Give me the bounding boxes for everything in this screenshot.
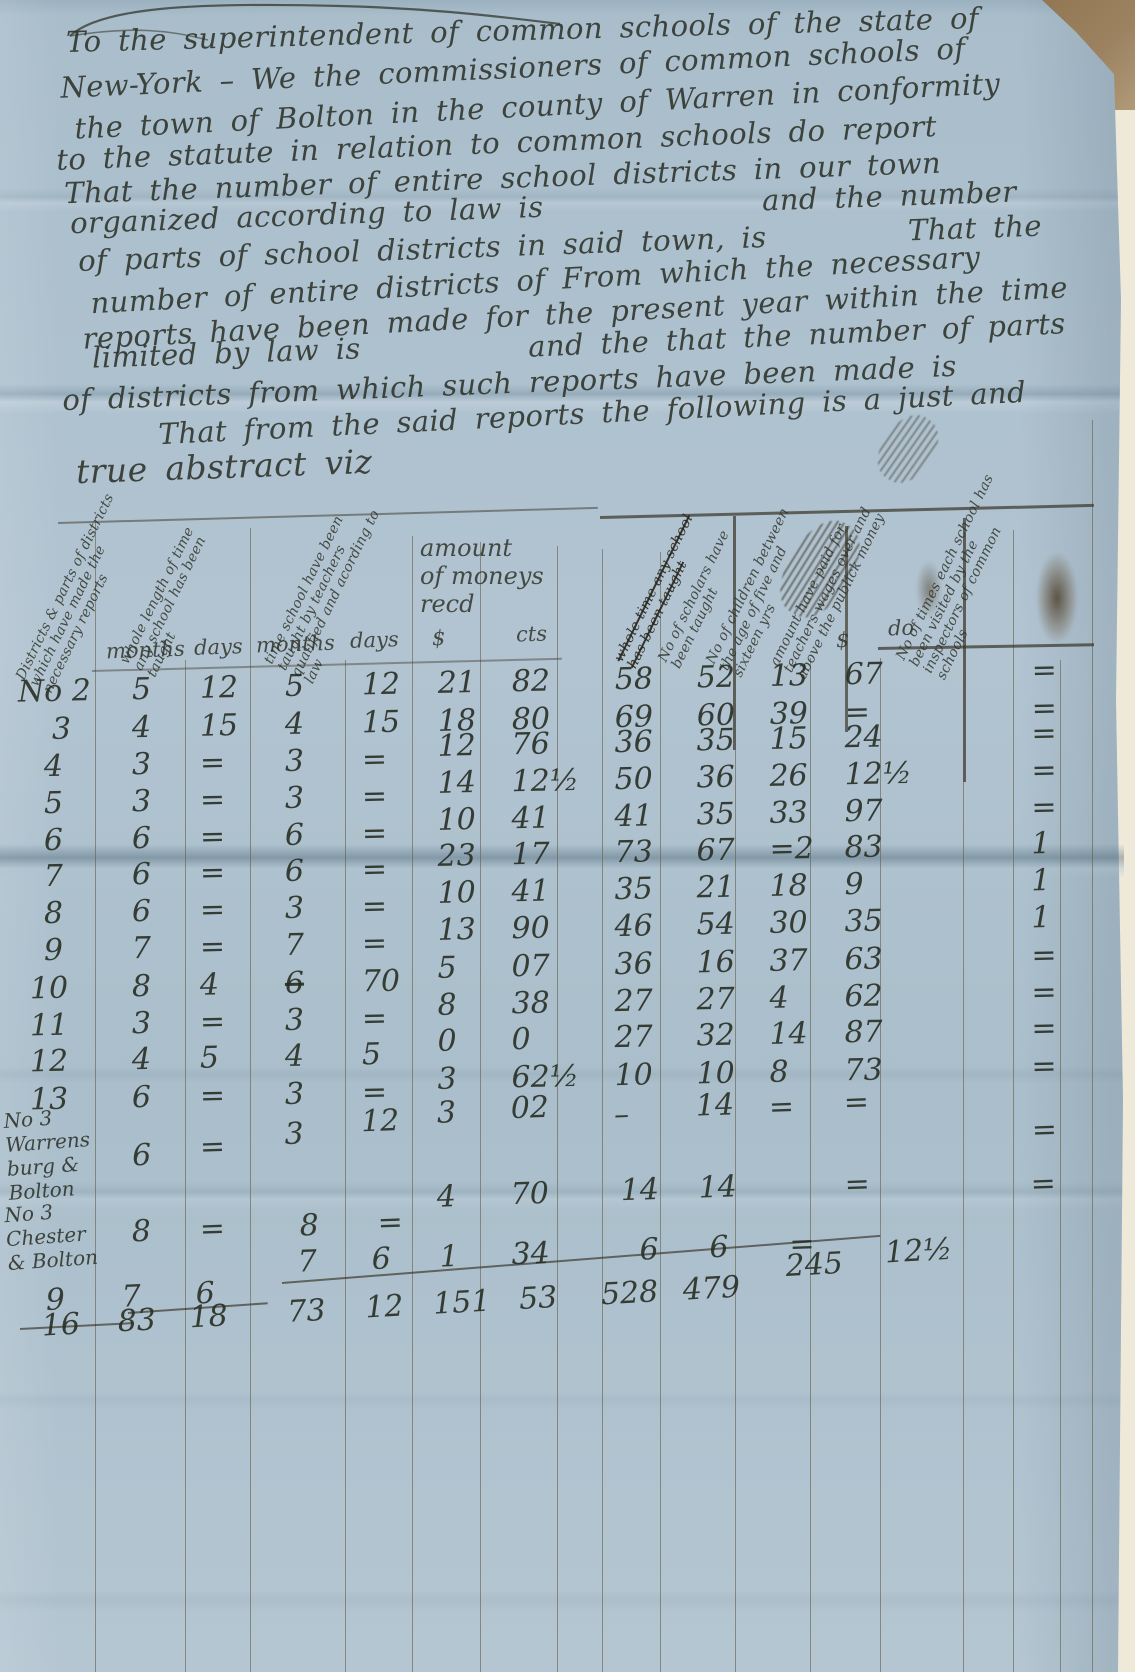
district-number-cell: No 2: [18, 676, 92, 708]
table-cell: 27: [614, 986, 653, 1017]
table-cell: 528: [600, 1277, 659, 1310]
table-cell: 5: [132, 675, 152, 705]
table-cell: =: [200, 932, 226, 963]
column-header-amount-line: amount: [420, 534, 544, 562]
district-number-cell: 6: [44, 826, 64, 856]
subheader-label: cts: [516, 621, 548, 646]
table-cell: 10: [437, 878, 476, 909]
table-cell: 41: [511, 876, 550, 907]
table-cell: 3: [436, 1098, 456, 1129]
table-cell: 4: [200, 970, 220, 1000]
table-cell: 87: [844, 1018, 883, 1049]
table-cell: 4: [769, 983, 789, 1013]
table-cell: 62½: [511, 1062, 579, 1093]
table-cell: 6: [132, 1141, 152, 1172]
table-cell: 07: [511, 951, 550, 982]
subheader-label: do: [888, 616, 915, 641]
table-cell: 82: [512, 666, 551, 697]
district-number-cell: 7: [44, 862, 64, 892]
table-cell: 7: [297, 1247, 317, 1278]
subheader-label: months: [106, 637, 186, 664]
table-cell: 5: [285, 672, 305, 702]
table-cell: 35: [614, 874, 653, 905]
table-cell: 13: [437, 915, 476, 946]
table-cell: 83: [117, 1305, 157, 1337]
table-cell: =2: [769, 834, 814, 865]
column-header-amount-line: of moneys: [420, 562, 544, 590]
table-cell: 12½: [511, 766, 579, 797]
column-header-amount-of-money: amountof moneysrecd: [420, 534, 544, 618]
table-cell: 14: [620, 1175, 659, 1206]
table-cell: 12: [364, 1291, 404, 1323]
table-cell: =: [362, 745, 388, 776]
table-cell: 3: [284, 1119, 304, 1150]
table-cell: =: [844, 1170, 870, 1201]
table-cell: =: [1031, 793, 1057, 824]
district-number-cell: 11: [30, 1011, 69, 1042]
district-number-cell: 5: [44, 789, 64, 819]
table-cell: 10: [614, 1060, 653, 1091]
table-cell: 16: [696, 948, 735, 979]
table-cell: 3: [132, 750, 152, 780]
table-cell: =: [199, 1132, 225, 1163]
table-cell: 26: [769, 761, 808, 792]
table-cell: 14: [437, 768, 476, 799]
table-cell: =: [1030, 1169, 1056, 1200]
table-cell: =: [362, 855, 388, 886]
table-cell: 63: [844, 945, 883, 976]
table-cell: =: [843, 1088, 869, 1119]
table-cell: 53: [518, 1283, 558, 1315]
table-cell: =: [1031, 1115, 1057, 1146]
table-cell: 33: [769, 798, 808, 829]
table-cell: 97: [844, 797, 883, 828]
table-cell: 62: [844, 982, 883, 1013]
subheader-label: $: [836, 628, 850, 652]
table-cell: 5: [362, 1040, 382, 1070]
table-cell: 1: [1031, 829, 1051, 859]
table-cell: =: [200, 858, 226, 889]
table-cell: 21: [438, 668, 477, 699]
table-cell: 6: [132, 860, 152, 890]
table-cell: 15: [200, 711, 239, 742]
table-cell: 41: [511, 803, 550, 834]
table-cell: 10: [437, 805, 476, 836]
table-cell: 14: [769, 1019, 808, 1050]
table-cell: =: [200, 1081, 226, 1112]
table-cell: =: [200, 748, 226, 779]
table-cell: 12: [200, 673, 239, 704]
ink-blot: [1036, 552, 1078, 644]
district-no3-warrensburg-bolton: No 3Warrensburg &Bolton: [3, 1103, 94, 1205]
table-cell: 38: [511, 988, 550, 1019]
table-cell: 14: [698, 1172, 737, 1203]
table-cell: 3: [285, 1080, 305, 1110]
table-cell: 3: [437, 1064, 457, 1094]
table-cell: 4: [285, 710, 305, 740]
table-cell: 4: [132, 713, 152, 743]
table-cell: =: [362, 892, 388, 923]
subheader-label: $: [432, 626, 446, 650]
table-cell: 12: [361, 1106, 400, 1137]
table-cell: 8: [131, 1217, 151, 1248]
table-cell: 35: [696, 726, 735, 757]
subheader-label: days: [194, 634, 243, 660]
table-cell: 12: [362, 670, 401, 701]
table-cell: 37: [769, 946, 808, 977]
table-cell: 35: [844, 907, 883, 938]
table-cell: 0: [511, 1025, 531, 1055]
district-number-cell: 4: [44, 752, 64, 782]
table-cell: 73: [287, 1296, 327, 1328]
table-cell: =: [362, 1004, 388, 1035]
table-cell: 13: [769, 661, 808, 692]
district-no3-chester-bolton: No 3Chester& Bolton: [4, 1197, 99, 1275]
table-cell: =: [1031, 719, 1057, 750]
table-cell: 1: [1031, 866, 1051, 896]
table-cell: 15: [769, 724, 808, 755]
table-cell: 3: [132, 787, 152, 817]
table-cell: =: [200, 895, 226, 926]
table-cell: 6: [132, 824, 152, 854]
district-number-cell: 9: [44, 936, 64, 966]
table-cell: 50: [614, 764, 653, 795]
table-cell: 8: [132, 972, 152, 1002]
district-number-cell: 8: [44, 899, 64, 929]
table-cell: 12½: [884, 1235, 953, 1269]
table-cell: =: [200, 1007, 226, 1038]
table-cell: =: [1031, 656, 1057, 687]
table-cell: 5: [437, 953, 457, 983]
table-cell: =: [768, 1092, 794, 1123]
table-cell: 32: [696, 1021, 735, 1052]
table-cell: 41: [614, 801, 653, 832]
table-cell: 35: [696, 800, 735, 831]
table-cell: 18: [769, 871, 808, 902]
table-cell: 9: [844, 870, 864, 900]
table-cell: 67: [696, 836, 735, 867]
table-cell: =: [362, 819, 388, 850]
table-cell: 73: [614, 837, 653, 868]
table-cell: 14: [695, 1090, 734, 1121]
heading-line: and the number: [762, 178, 1017, 216]
table-cell: –: [614, 1100, 630, 1131]
table-cell: 21: [696, 873, 735, 904]
table-cell: 24: [844, 723, 883, 754]
table-cell: =: [200, 822, 226, 853]
table-cell: =: [362, 929, 388, 960]
table-cell: =: [1031, 978, 1057, 1009]
table-cell: 7: [132, 934, 152, 964]
table-cell: 17: [511, 839, 550, 870]
table-cell: 5: [200, 1043, 220, 1073]
table-cell: 23: [437, 841, 476, 872]
table-cell: 479: [682, 1273, 741, 1306]
table-cell: 70: [362, 967, 401, 998]
table-cell: 58: [615, 664, 654, 695]
table-cell: 12½: [844, 759, 912, 790]
table-cell: 46: [614, 911, 653, 942]
table-cell: 12: [437, 731, 476, 762]
table-cell: 6: [285, 857, 305, 887]
table-cell: 30: [769, 908, 808, 939]
column-header-amount-line: recd: [420, 590, 544, 618]
table-cell: 27: [614, 1022, 653, 1053]
table-cell: 73: [844, 1056, 883, 1087]
table-cell: 3: [285, 894, 305, 924]
table-cell: =: [1031, 1014, 1057, 1045]
table-cell: =: [1031, 756, 1057, 787]
table-cell: 6: [132, 897, 152, 927]
table-cell: 8: [299, 1211, 319, 1242]
table-cell: 02: [510, 1093, 549, 1124]
table-cell: 245: [785, 1249, 844, 1282]
table-cell: 67: [844, 660, 883, 691]
table-cell: 3: [285, 784, 305, 814]
table-cell: 151: [432, 1287, 491, 1320]
table-cell: 4: [132, 1045, 152, 1075]
ink-blot: [916, 560, 942, 618]
table-cell: 6: [285, 969, 305, 999]
subheader-label: days: [350, 627, 399, 653]
table-cell: 36: [614, 949, 653, 980]
table-cell: 54: [696, 910, 735, 941]
table-cell: 7: [285, 931, 305, 961]
heading-line: true abstract viz: [76, 445, 373, 488]
table-cell: 0: [437, 1026, 457, 1056]
table-cell: 52: [696, 663, 735, 694]
table-cell: 3: [285, 747, 305, 777]
table-cell: 36: [696, 763, 735, 794]
table-cell: 1: [1031, 903, 1051, 933]
table-cell: 70: [510, 1179, 549, 1210]
district-number-cell: 10: [30, 974, 69, 1005]
table-cell: =: [199, 1214, 225, 1245]
table-cell: =: [377, 1208, 403, 1239]
table-cell: 6: [285, 821, 305, 851]
subheader-label: months: [256, 631, 336, 658]
table-cell: 18: [189, 1301, 229, 1333]
table-cell: =: [200, 785, 226, 816]
document-scan: To the superintendent of common schools …: [0, 0, 1135, 1672]
table-cell: 4: [436, 1182, 456, 1213]
district-number-cell: 12: [30, 1047, 69, 1078]
table-cell: 90: [511, 913, 550, 944]
table-cell: 15: [362, 708, 401, 739]
table-cell: 36: [614, 727, 653, 758]
table-cell: 4: [285, 1042, 305, 1072]
table-cell: 10: [696, 1059, 735, 1090]
district-number-cell: 16: [41, 1310, 81, 1342]
table-cell: =: [362, 782, 388, 813]
district-number-cell: 3: [52, 715, 72, 745]
table-cell: 27: [696, 985, 735, 1016]
table-cell: 83: [844, 833, 883, 864]
table-cell: 76: [511, 729, 550, 760]
table-cell: 3: [132, 1009, 152, 1039]
table-cell: 3: [285, 1006, 305, 1036]
table-cell: =: [1031, 941, 1057, 972]
table-cell: =: [1031, 1052, 1057, 1083]
table-cell: 6: [132, 1083, 152, 1113]
table-cell: 8: [437, 990, 457, 1020]
table-cell: 8: [769, 1057, 789, 1087]
